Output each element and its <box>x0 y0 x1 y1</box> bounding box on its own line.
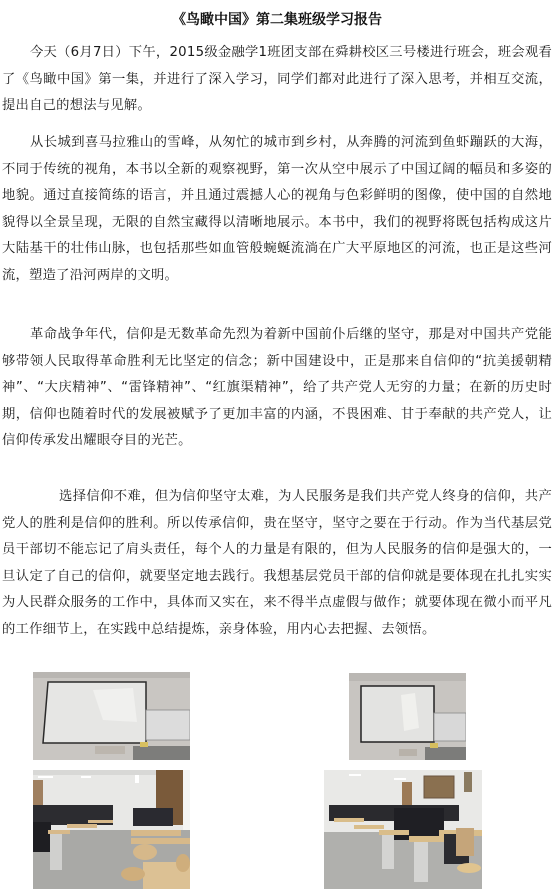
paragraph-faith-history: 革命战争年代，信仰是无数革命先烈为着新中国前仆后继的坚守，那是对中国共产党能够带… <box>2 322 552 455</box>
classroom-image <box>33 770 190 889</box>
classroom-image <box>324 770 482 889</box>
paragraph-faith-practice: 选择信仰不难，但为信仰坚守太难，为人民服务是我们共产党人终身的信仰，共产党人的胜… <box>2 484 552 643</box>
paragraph-intro: 今天（6月7日）下午，2015级金融学1班团支部在舜耕校区三号楼进行班会，班会观… <box>2 40 552 120</box>
photo-students-classroom-1 <box>33 770 190 889</box>
projector-screen-image <box>33 672 190 760</box>
projector-screen-image <box>349 673 466 760</box>
photo-students-classroom-2 <box>324 770 482 889</box>
document-title: 《鸟瞰中国》第二集班级学习报告 <box>0 10 554 30</box>
photo-projector-screen-1 <box>33 672 190 760</box>
paragraph-documentary-summary: 从长城到喜马拉雅山的雪峰，从匆忙的城市到乡村，从奔腾的河流到鱼虾蹦跃的大海，不同… <box>2 130 552 289</box>
photo-projector-screen-2 <box>349 673 466 760</box>
